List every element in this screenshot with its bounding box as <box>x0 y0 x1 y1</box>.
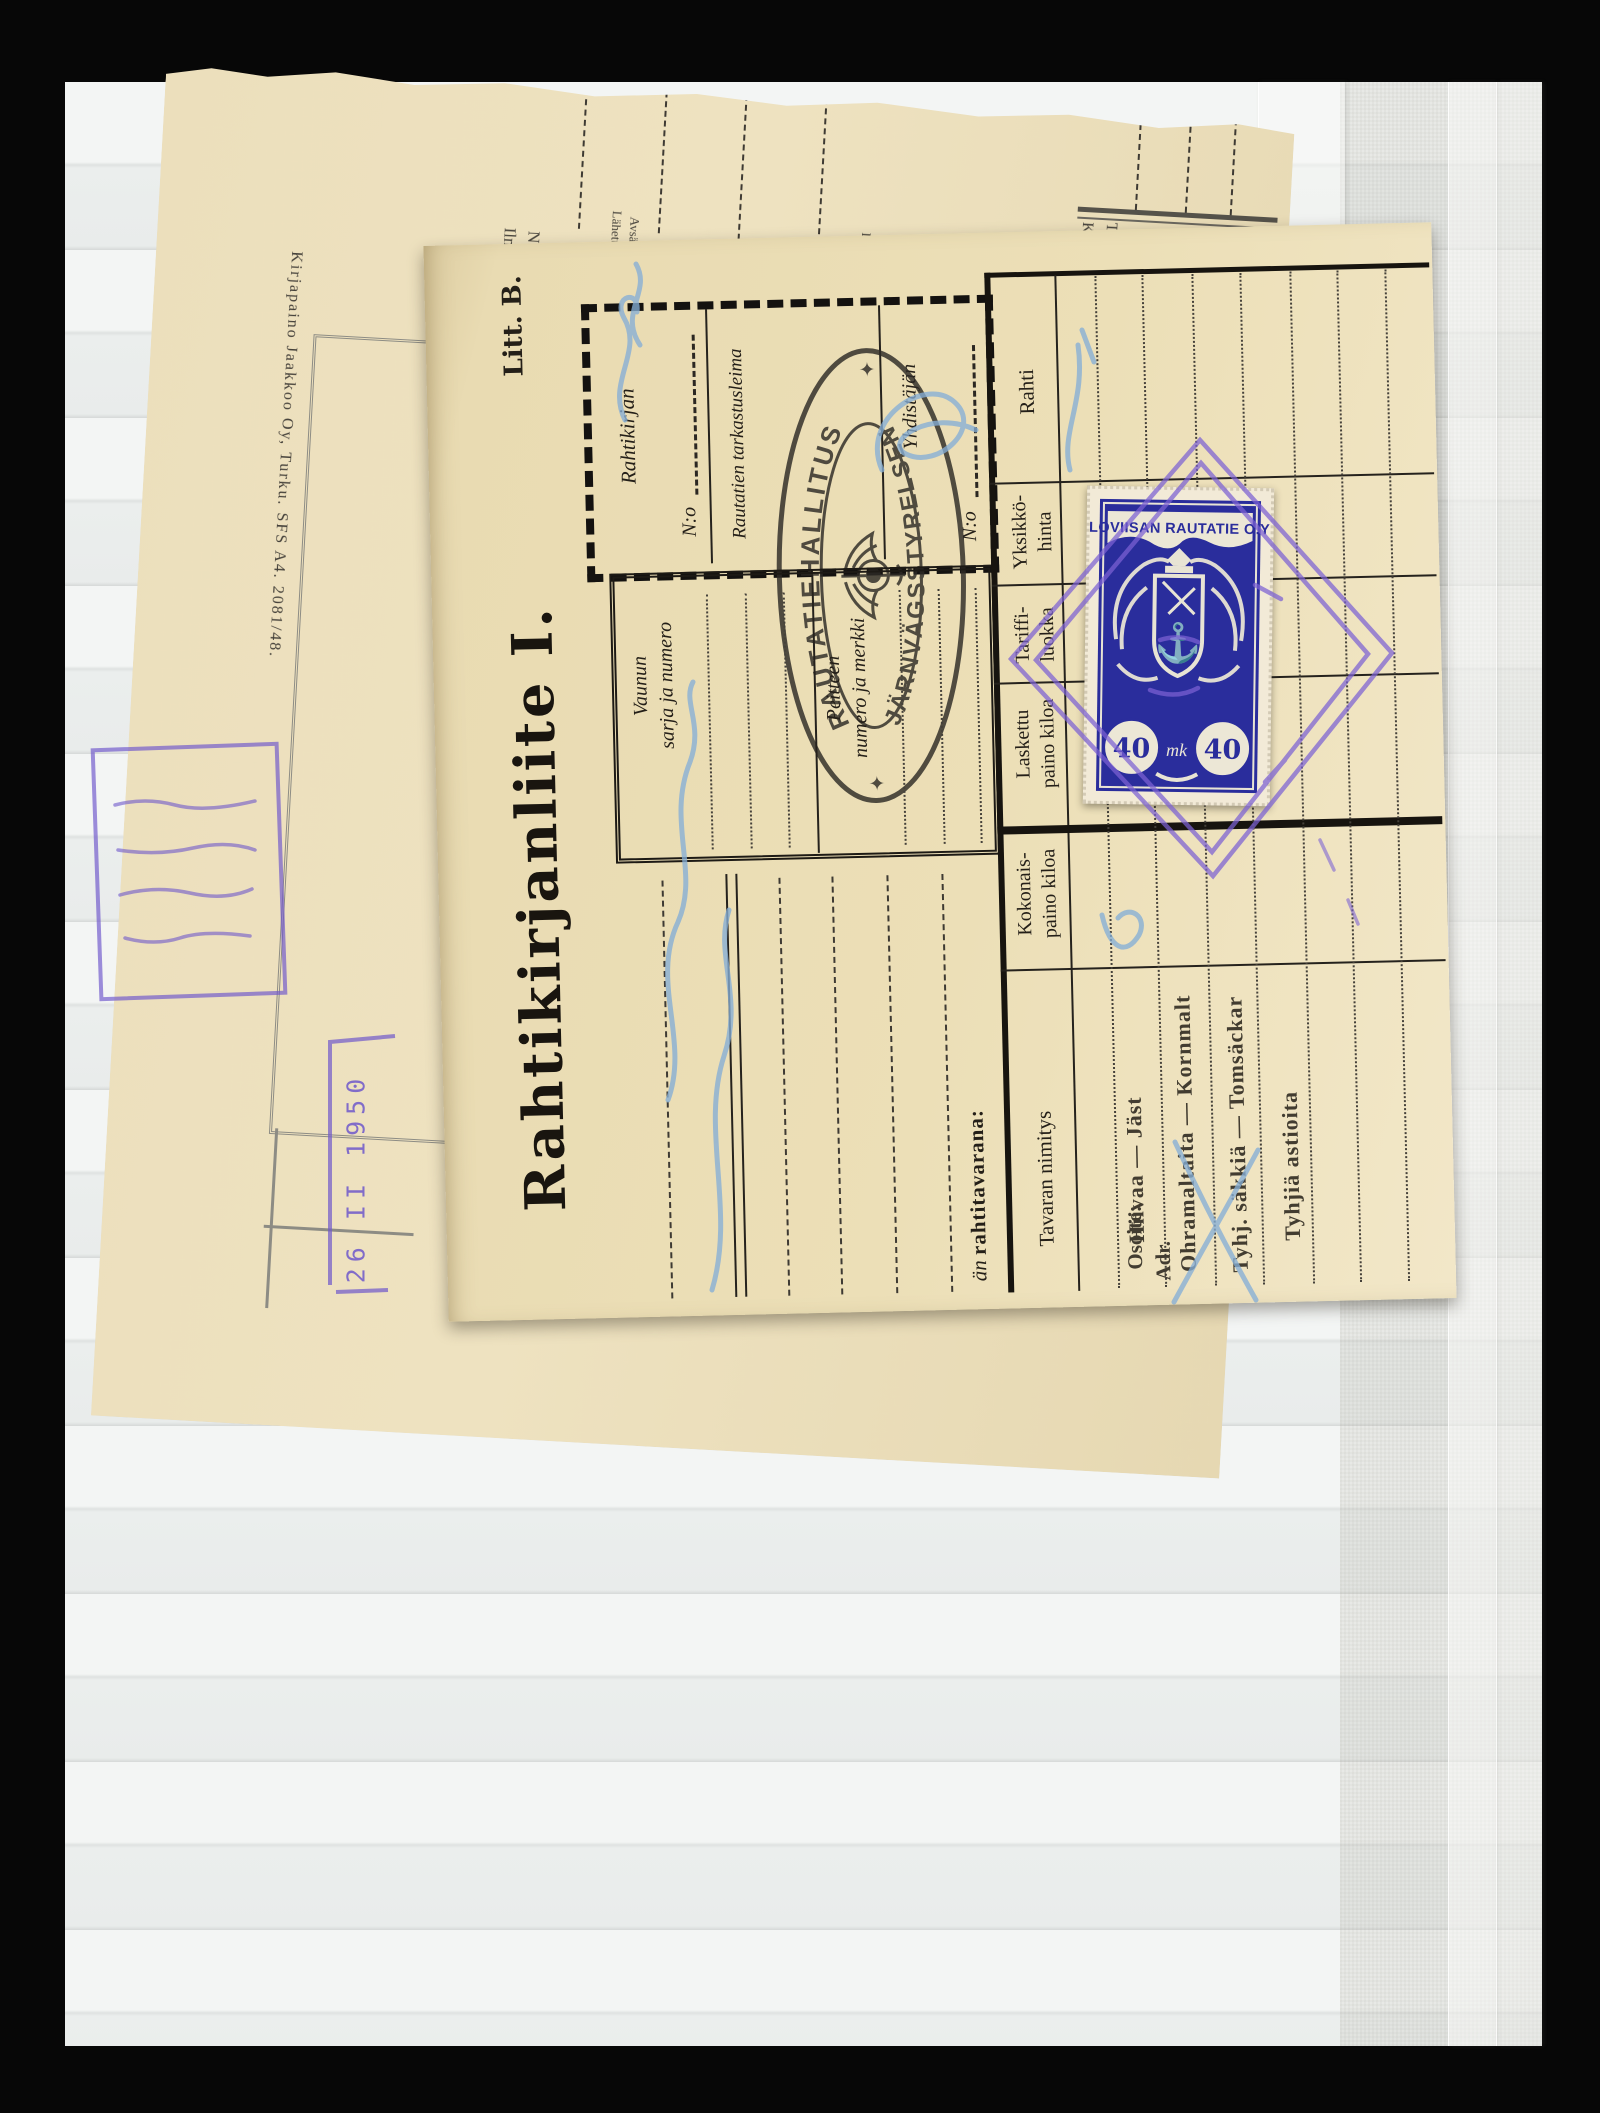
field-rule <box>886 875 898 1293</box>
field-double-rule-b <box>735 874 747 1297</box>
col-header-yksikko-2: hinta <box>1033 511 1057 552</box>
col-header-tavaran: Tavaran nimitys <box>1032 1111 1060 1247</box>
front-freight-document: Litt. B. Rahtikirjanliite I. Rahtikirjan… <box>423 222 1456 1321</box>
freight-goods-partial-italic: än <box>967 1260 991 1282</box>
table-section-divider <box>997 816 1442 834</box>
freight-bill-label: Rahtikirjan <box>614 388 641 484</box>
form-title: Rahtikirjanliite I. <box>499 605 579 1213</box>
address-label-fi: Osoite: <box>1122 1205 1149 1270</box>
back-form-rule <box>578 89 588 229</box>
combiner-no-label: N:o <box>958 511 982 542</box>
loviisa-railway-revenue-stamp: LOVIISAN RAUTATIE O.Y ⚓ <box>1083 486 1274 807</box>
field-rule <box>778 878 790 1296</box>
field-double-rule-a <box>725 874 737 1297</box>
combiner-label: Yhdistäjän <box>898 364 923 450</box>
goods-row-4: Tyhjiä astioita <box>1277 1091 1307 1241</box>
col-header-kokonais-1: Kokonais- <box>1012 852 1037 936</box>
back-form-rule <box>1135 114 1142 210</box>
revenue-stamp-company: LOVIISAN RAUTATIE O.Y <box>1089 520 1270 539</box>
col-header-tariffi-1: Tariffi- <box>1011 606 1035 664</box>
back-form-rule <box>658 91 668 233</box>
col-header-laskettu-1: Laskettu <box>1011 709 1036 778</box>
col-header-kokonais-2: paino kiloa <box>1037 848 1062 938</box>
freight-goods-partial-bold: rahtitavarana: <box>963 1109 990 1255</box>
photo-of-album-page: Kirjapaino Jaakkoo Oy, Turku. SFS A4. 20… <box>0 0 1600 2113</box>
glassine-strip-right-1 <box>1448 82 1496 2046</box>
field-rule <box>941 874 953 1292</box>
freight-bill-no-label: N:o <box>678 507 702 538</box>
col-header-tariffi-2: luokka <box>1036 607 1060 662</box>
glassine-strip-right-2 <box>1496 82 1542 2046</box>
violet-date-stamp: 26 II 1950 <box>342 1073 371 1284</box>
field-rule <box>661 881 673 1299</box>
cover-label-line2: numero ja merkki <box>847 617 873 758</box>
wagon-label-line1: Vaunun <box>629 656 653 717</box>
table-col-line <box>989 472 1434 484</box>
form-code: Litt. B. <box>497 275 529 377</box>
header-box <box>581 295 999 583</box>
col-header-rahti: Rahti <box>1014 369 1040 415</box>
violet-box-stamp <box>91 742 288 1001</box>
table-col-line <box>1001 959 1446 971</box>
back-form-rule <box>1185 117 1192 213</box>
table-row-rule <box>1384 269 1410 1281</box>
anchor-icon: ⚓ <box>1154 621 1202 666</box>
freight-goods-partial-label: än rahtitavarana: <box>963 1109 992 1282</box>
field-rule <box>831 877 843 1295</box>
col-header-yksikko-1: Yksikkö- <box>1008 495 1033 570</box>
inspection-label: Rautatien tarkastusleima <box>725 348 751 539</box>
wagon-label-line2: sarja ja numero <box>654 622 680 750</box>
back-form-rule <box>817 98 827 244</box>
value-right: 40 <box>1204 734 1242 766</box>
revenue-stamp-art: LOVIISAN RAUTATIE O.Y ⚓ <box>1086 489 1271 803</box>
back-form-rule <box>1230 119 1237 215</box>
currency-label: mk <box>1166 740 1188 760</box>
table-top-border <box>984 262 1429 277</box>
goods-row-3: Tyhj. säkkiä — Tomsäckar <box>1221 995 1254 1272</box>
back-form-grey-line <box>265 1128 278 1308</box>
cover-label-line1: Peitteen <box>822 655 847 721</box>
goods-row-2: Ohramaltaita — Kornmalt <box>1169 994 1202 1272</box>
value-left: 40 <box>1113 733 1151 765</box>
col-header-laskettu-2: paino kiloa <box>1036 698 1061 788</box>
table-row-rule <box>1336 270 1362 1282</box>
back-form-rule <box>738 95 748 240</box>
address-label-sv: Adr. <box>1151 1241 1177 1281</box>
back-form-grey-line-2 <box>264 1225 414 1236</box>
